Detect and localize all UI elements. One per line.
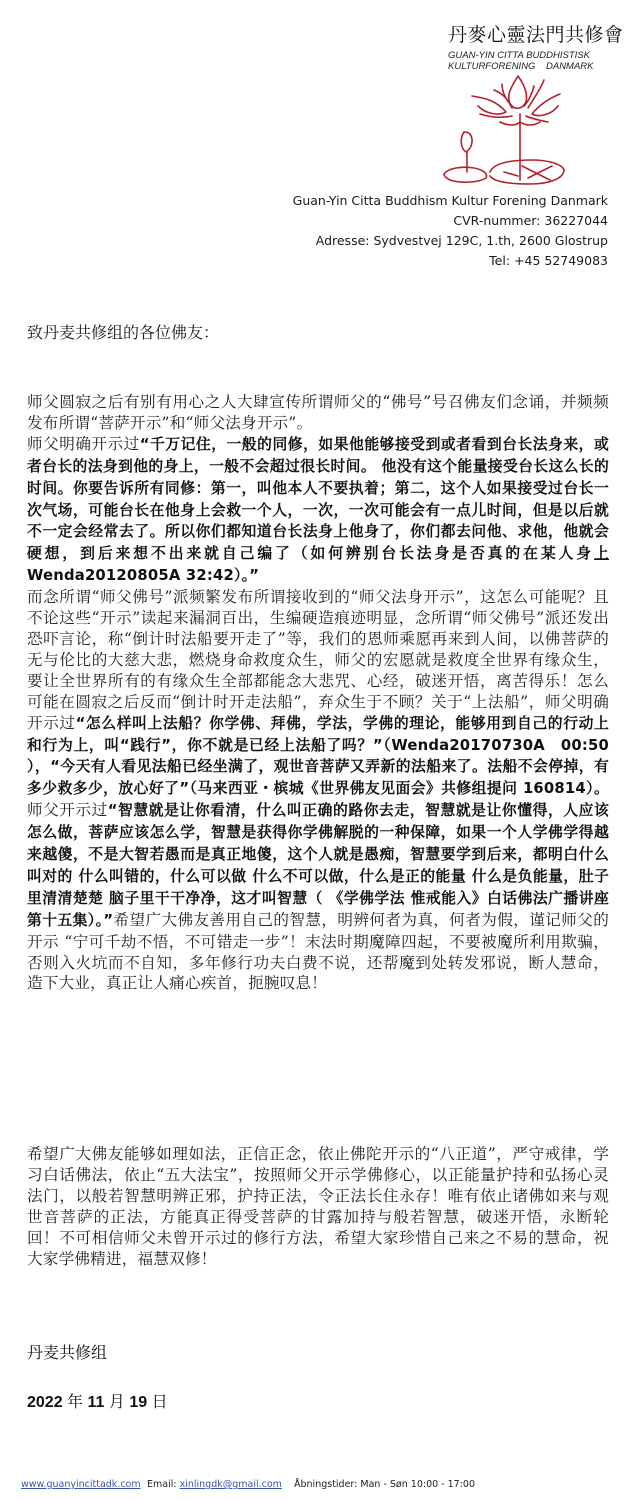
text-segment: 师父明确开示过	[27, 435, 140, 453]
date-month-unit: 月	[104, 1394, 129, 1411]
date-day: 19	[129, 1394, 147, 1411]
email-label: Email:	[147, 1479, 180, 1490]
date-day-unit: 日	[147, 1394, 167, 1411]
salutation: 致丹麦共修组的各位佛友：	[27, 320, 219, 343]
letter-paragraph-2: 希望广大佛友能够如理如法，正信正念，依止佛陀开示的“八正道”，严守戒律，学习白话…	[27, 1144, 609, 1269]
contact-address: Adresse: Sydvestvej 129C, 1.th, 2600 Glo…	[293, 231, 608, 251]
contact-block: Guan-Yin Citta Buddhism Kultur Forening …	[293, 191, 608, 271]
text-segment: 而念所谓“师父佛号”派频繁发布所谓接收到的“师父法身开示”，这怎么可能呢？且不论…	[27, 588, 609, 731]
quote-citation: Wenda20120805A 32:42）。”	[27, 567, 259, 584]
paragraph-intro: 师父圆寂之后有别有用心之人大肆宣传所谓师父的“佛号”号召佛友们念诵，并频频发布所…	[27, 392, 609, 434]
date-year: 2022	[27, 1394, 63, 1411]
org-name-english-line1: GUAN-YIN CITTA BUDDHISTISK	[448, 50, 590, 61]
signature: 丹麦共修组	[27, 1340, 107, 1363]
paragraph-continuation: 而念所谓“师父佛号”派频繁发布所谓接收到的“师父法身开示”，这怎么可能呢？且不论…	[27, 587, 609, 994]
date-year-unit: 年	[63, 1394, 88, 1411]
lotus-logo-icon	[440, 72, 565, 192]
quote-dharma-ship: “怎么样叫上法船？你学佛、拜佛，学法，学佛的理论，能够用到自己的行动上和行为上，…	[27, 715, 609, 798]
opening-hours: Åbningstider: Man - Søn 10:00 - 17:00	[294, 1479, 475, 1490]
org-name-chinese: 丹麥心靈法門共修會	[448, 20, 624, 47]
letter-paragraph-1: 师父圆寂之后有别有用心之人大肆宣传所谓师父的“佛号”号召佛友们念诵，并频频发布所…	[27, 392, 609, 994]
organization-header: 丹麥心靈法門共修會 GUAN-YIN CITTA BUDDHISTISK KUL…	[448, 20, 624, 72]
org-name-english-line2: KULTURFORENING DANMARK	[448, 61, 594, 72]
contact-cvr: CVR-nummer: 36227044	[293, 211, 608, 231]
paragraph-main: 师父明确开示过“千万记住，一般的同修，如果他能够接受到或者看到台长法身来，或者台…	[27, 434, 609, 587]
email-info: Email: xinlingdk@gmail.com	[147, 1479, 282, 1490]
contact-org-name: Guan-Yin Citta Buddhism Kultur Forening …	[293, 191, 608, 211]
quote-dharma-body: “千万记住，一般的同修，如果他能够接受到或者看到台长法身来，或者台长的法身到他的…	[27, 436, 609, 563]
website-link[interactable]: www.guanyincittadk.com	[21, 1479, 141, 1490]
org-name-english: GUAN-YIN CITTA BUDDHISTISK KULTURFORENIN…	[448, 50, 624, 72]
text-segment: 师父开示过	[27, 801, 108, 819]
date-month: 11	[88, 1394, 105, 1411]
email-link[interactable]: xinlingdk@gmail.com	[180, 1479, 282, 1490]
text-segment: 希望广大佛友善用自己的智慧，明辨何者为真，何者为假，谨记师父的开示 “宁可千劫不…	[27, 911, 609, 993]
letter-date: 2022 年 11 月 19 日	[27, 1389, 168, 1412]
contact-tel: Tel: +45 52749083	[293, 251, 608, 271]
quote-underlined-char: 上	[594, 545, 609, 562]
